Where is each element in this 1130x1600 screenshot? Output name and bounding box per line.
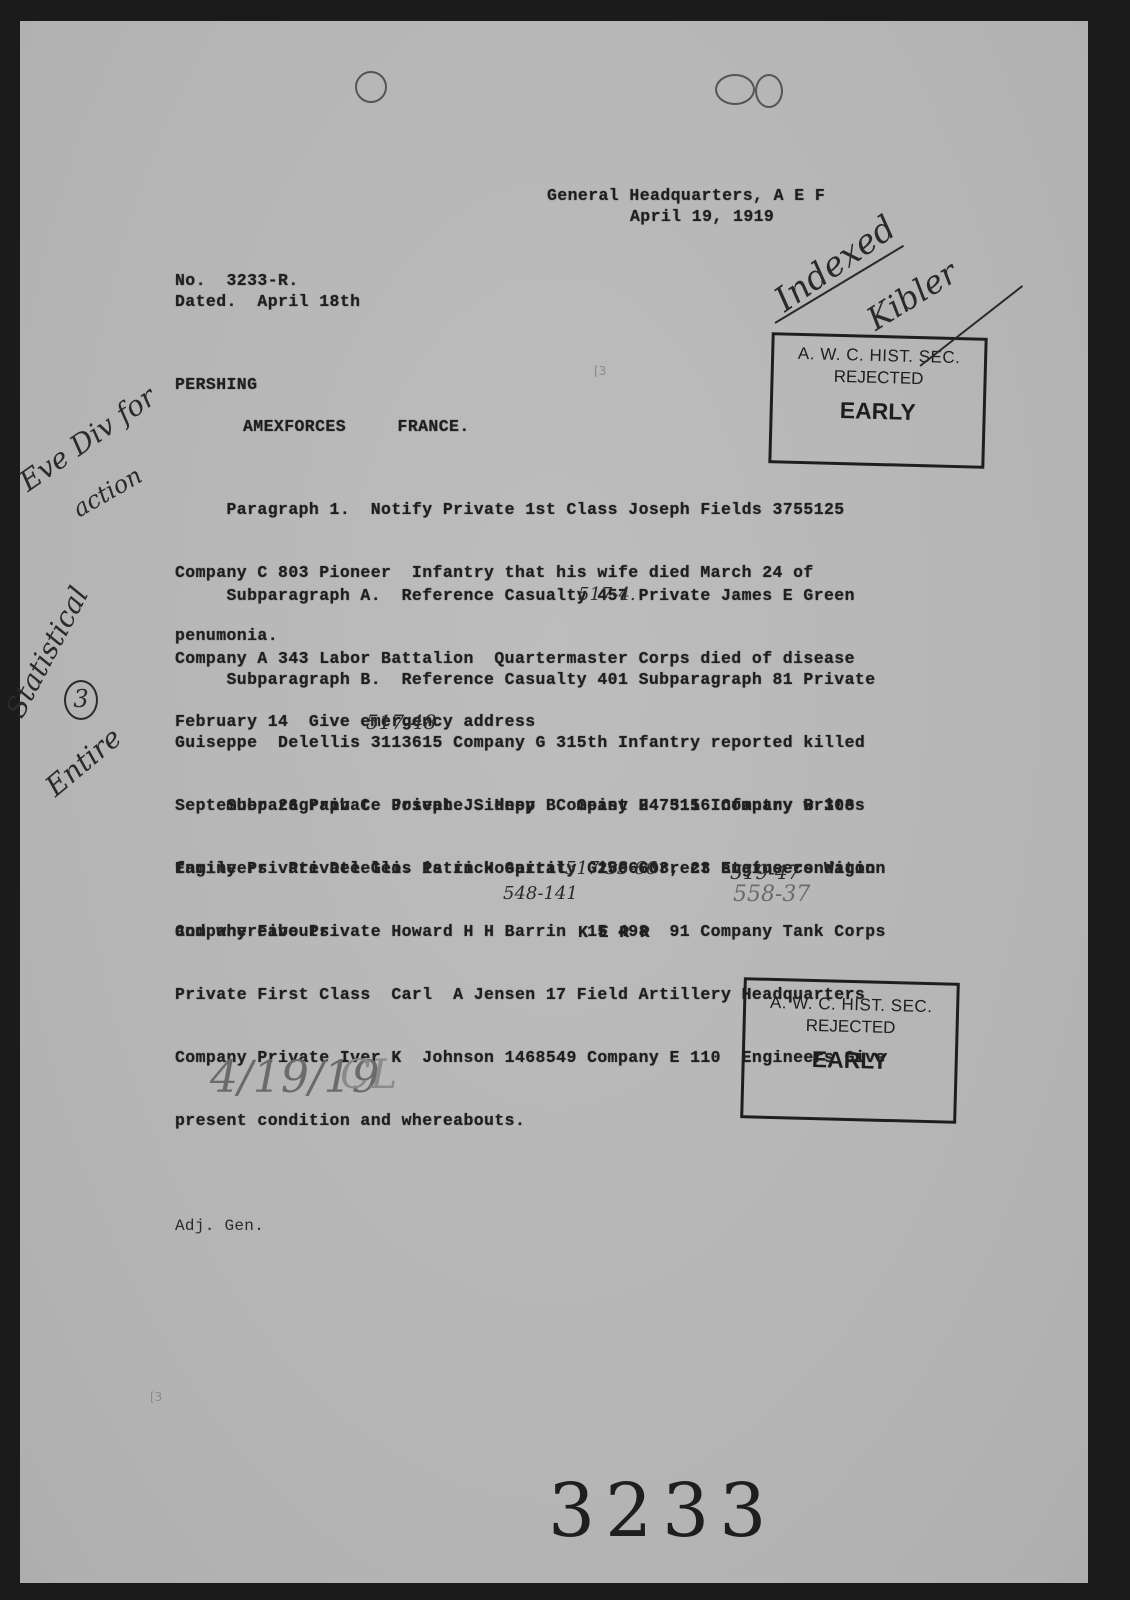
stamp-top-line1: A. W. C. HIST. SEC. bbox=[774, 343, 984, 368]
stamp-bottom-line3: EARLY bbox=[744, 1044, 955, 1076]
rejected-stamp-bottom: A. W. C. HIST. SEC. REJECTED EARLY bbox=[740, 977, 960, 1124]
small-mark-bottom: [3 bbox=[150, 1390, 162, 1404]
reference-number: No. 3233-R. bbox=[175, 270, 299, 291]
annotation-519-47: 519-47 bbox=[730, 860, 800, 884]
stamp-bottom-line2: REJECTED bbox=[745, 1014, 955, 1039]
punch-hole-left bbox=[355, 71, 387, 103]
header-date: April 19, 1919 bbox=[630, 206, 774, 227]
stamp-top-line2: REJECTED bbox=[773, 365, 983, 390]
annotation-517-48: 517-48 bbox=[366, 710, 436, 734]
file-number: 3233 bbox=[548, 1468, 776, 1554]
annotation-558-37: 558-37 bbox=[733, 882, 810, 907]
addressee-location: AMEXFORCES FRANCE. bbox=[243, 416, 470, 437]
subparagraph-a-line: Subparagraph A. Reference Casualty 457 P… bbox=[175, 585, 935, 606]
rejected-stamp-top: A. W. C. HIST. SEC. REJECTED EARLY bbox=[768, 332, 987, 469]
subparagraph-c-line: Subparagraph C Private Sidney B. Geist 2… bbox=[175, 795, 935, 816]
punch-hole-right-a bbox=[715, 74, 755, 105]
subparagraph-c-line: Engineers Private Geo. Patrick Garrity 2… bbox=[175, 858, 935, 879]
margin-note-circled-3: 3 bbox=[64, 680, 98, 720]
subparagraph-b-line: Subparagraph B. Reference Casualty 401 S… bbox=[175, 669, 935, 690]
paragraph-1-line: Paragraph 1. Notify Private 1st Class Jo… bbox=[175, 499, 935, 520]
pencil-initials: CL bbox=[340, 1052, 397, 1098]
annotation-548-141: 548-141 bbox=[503, 883, 578, 904]
reference-dated: Dated. April 18th bbox=[175, 291, 360, 312]
subparagraph-b-line: Guiseppe Delellis 3113615 Company G 315t… bbox=[175, 732, 935, 753]
small-mark-top: [3 bbox=[594, 364, 606, 378]
adj-gen-label: Adj. Gen. bbox=[175, 1217, 264, 1235]
stamp-top-line3: EARLY bbox=[772, 395, 983, 427]
signature-kerr: K E R R bbox=[578, 922, 650, 943]
punch-hole-right-b bbox=[755, 74, 783, 108]
annotation-517-33-66: 517-33-66 bbox=[565, 858, 657, 879]
addressee-name: PERSHING bbox=[175, 374, 257, 395]
header-origin: General Headquarters, A E F bbox=[547, 185, 825, 206]
stamp-bottom-line1: A. W. C. HIST. SEC. bbox=[746, 992, 956, 1017]
subparagraph-c-line: Company Five Private Howard H H Barrin 1… bbox=[175, 921, 935, 942]
annotation-517-4: 517-4. bbox=[578, 584, 636, 605]
